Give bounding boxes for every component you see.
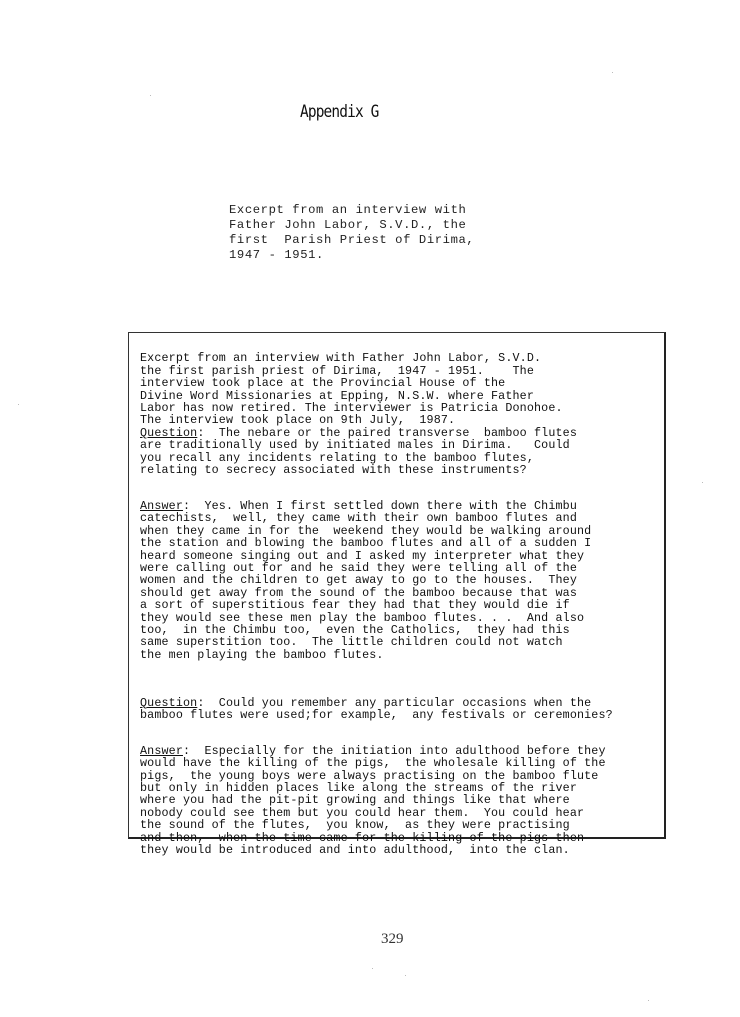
interview-transcript: Excerpt from an interview with Father Jo… xyxy=(140,340,613,881)
scan-speck xyxy=(702,482,703,483)
scan-speck xyxy=(612,72,613,73)
scan-speck xyxy=(648,1000,649,1001)
excerpt-note-line: Father John Labor, S.V.D., the xyxy=(229,218,466,232)
question-line: relating to secrecy associated with thes… xyxy=(140,463,527,477)
excerpt-note-line: 1947 - 1951. xyxy=(229,248,324,262)
answer-line: they would be introduced and into adulth… xyxy=(140,843,570,857)
interview-intro: Excerpt from an interview with Father Jo… xyxy=(140,352,613,476)
excerpt-note: Excerpt from an interview with Father Jo… xyxy=(229,203,474,263)
excerpt-note-line: first Parish Priest of Dirima, xyxy=(229,233,474,247)
scan-speck xyxy=(372,968,373,969)
page-title: Appendix G xyxy=(300,102,394,122)
question-line: bamboo flutes were used;for example, any… xyxy=(140,708,613,722)
page-number: 329 xyxy=(381,931,404,948)
answer-2: Answer: Especially for the initiation in… xyxy=(140,745,613,857)
question-2: Question: Could you remember any particu… xyxy=(140,697,613,722)
scan-speck xyxy=(150,95,151,96)
answer-1: Answer: Yes. When I first settled down t… xyxy=(140,500,613,661)
answer-line: the men playing the bamboo flutes. xyxy=(140,648,384,662)
scan-speck xyxy=(405,975,406,976)
scan-speck xyxy=(18,404,19,405)
excerpt-note-line: Excerpt from an interview with xyxy=(229,203,466,217)
document-page: Appendix G Excerpt from an interview wit… xyxy=(0,0,740,1017)
